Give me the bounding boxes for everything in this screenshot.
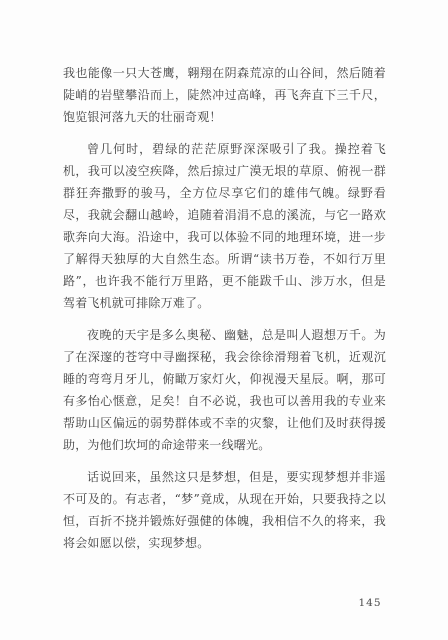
page-number: 145 (352, 597, 388, 609)
paragraph: 曾几何时，碧绿的茫茫原野深深吸引了我。操控着飞机，我可以凌空疾降，然后掠过广漠无… (63, 138, 386, 314)
paragraph: 夜晚的天宇是多么奥秘、幽魅，总是叫人遐想万千。为了在深邃的苍穹中寻幽探秘，我会徐… (63, 324, 386, 456)
paragraph: 话说回来，虽然这只是梦想，但是，要实现梦想并非遥不可及的。有志者，“梦”竟成，从… (63, 466, 386, 554)
paragraph: 我也能像一只大苍鹰，翱翔在阴森荒凉的山谷间，然后随着陡峭的岩壁攀沿而上，陡然冲过… (63, 62, 386, 128)
book-page: 我也能像一只大苍鹰，翱翔在阴森荒凉的山谷间，然后随着陡峭的岩壁攀沿而上，陡然冲过… (0, 0, 448, 640)
text-block: 我也能像一只大苍鹰，翱翔在阴森荒凉的山谷间，然后随着陡峭的岩壁攀沿而上，陡然冲过… (63, 62, 386, 564)
